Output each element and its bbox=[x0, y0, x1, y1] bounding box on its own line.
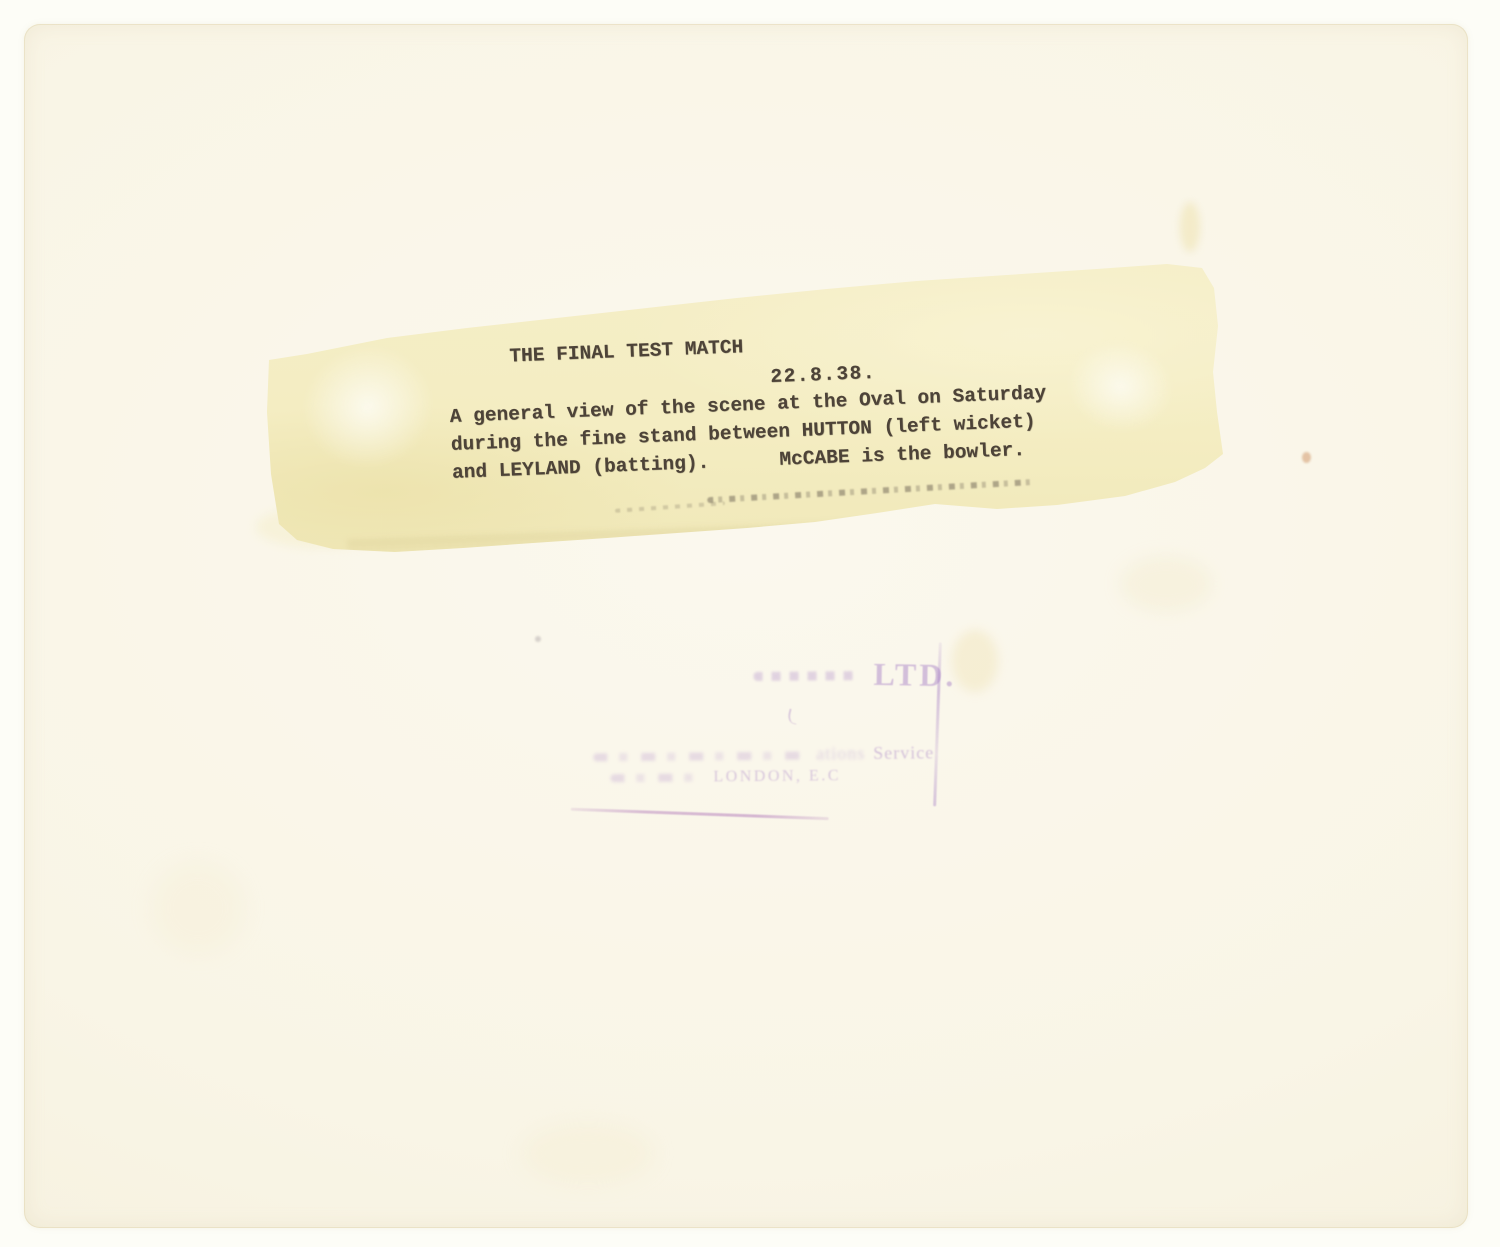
stamp-city-text: LONDON, E.C bbox=[713, 767, 841, 785]
stamp-ltd-text: LTD. bbox=[873, 656, 956, 694]
slip-edge-shadow bbox=[347, 520, 907, 558]
ink-offset-smudge bbox=[615, 501, 725, 513]
typed-caption: THE FINAL TEST MATCH 22.8.38. A general … bbox=[447, 321, 1126, 348]
photo-back: THE FINAL TEST MATCH 22.8.38. A general … bbox=[24, 24, 1468, 1228]
paper-stain bbox=[1120, 556, 1212, 612]
stamp-illegible-smudge bbox=[610, 774, 705, 783]
paper-stain bbox=[1302, 452, 1311, 463]
stamp-service-word: Service bbox=[873, 742, 934, 763]
stamp-illegible-smudge bbox=[593, 751, 808, 761]
stamp-underline bbox=[571, 808, 829, 820]
paper-stain bbox=[535, 636, 541, 642]
stamp-address-line: LONDON, E.C bbox=[610, 767, 841, 787]
paper-stain bbox=[152, 862, 244, 954]
stamp-faint-mark bbox=[786, 709, 799, 725]
paper-stain bbox=[952, 630, 998, 692]
rubber-stamp: LTD. ationsService LONDON, E.C bbox=[547, 634, 959, 823]
stamp-illegible-smudge bbox=[754, 671, 860, 681]
stamp-service-line: ationsService bbox=[593, 742, 934, 766]
ink-offset-smudge bbox=[707, 479, 1037, 503]
stamp-word-fragment: ations bbox=[816, 743, 865, 763]
paper-stain bbox=[1180, 202, 1200, 252]
paper-stain bbox=[522, 1122, 654, 1184]
caption-slip: THE FINAL TEST MATCH 22.8.38. A general … bbox=[267, 262, 1225, 556]
caption-title: THE FINAL TEST MATCH bbox=[509, 336, 744, 367]
caption-date: 22.8.38. bbox=[770, 362, 876, 388]
